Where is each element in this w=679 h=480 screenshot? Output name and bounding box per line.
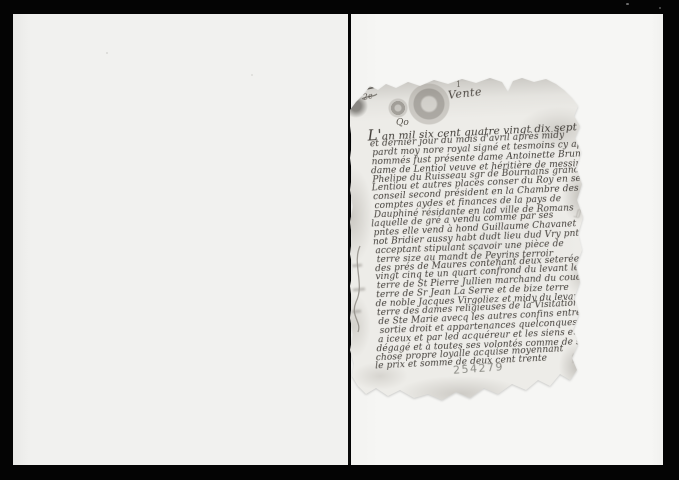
margin-mark: ʃ [578,270,582,279]
dust-speck [251,74,253,76]
left-blank-page [13,14,348,465]
archive-stamp-number: 254279 [453,361,505,376]
handwriting-block: L'an mil six cent quatre vingt dix septe… [347,67,596,403]
dust-speck [626,3,629,5]
scanned-spread: 2e 1 Vente Qo L'an mil six cent quatre v… [0,0,679,480]
dust-speck [659,7,661,9]
margin-mark: fe [571,353,581,364]
manuscript-sheet-wrapper: 2e 1 Vente Qo L'an mil six cent quatre v… [350,76,586,402]
dust-speck [106,52,108,54]
manuscript-sheet: 2e 1 Vente Qo L'an mil six cent quatre v… [350,76,586,402]
